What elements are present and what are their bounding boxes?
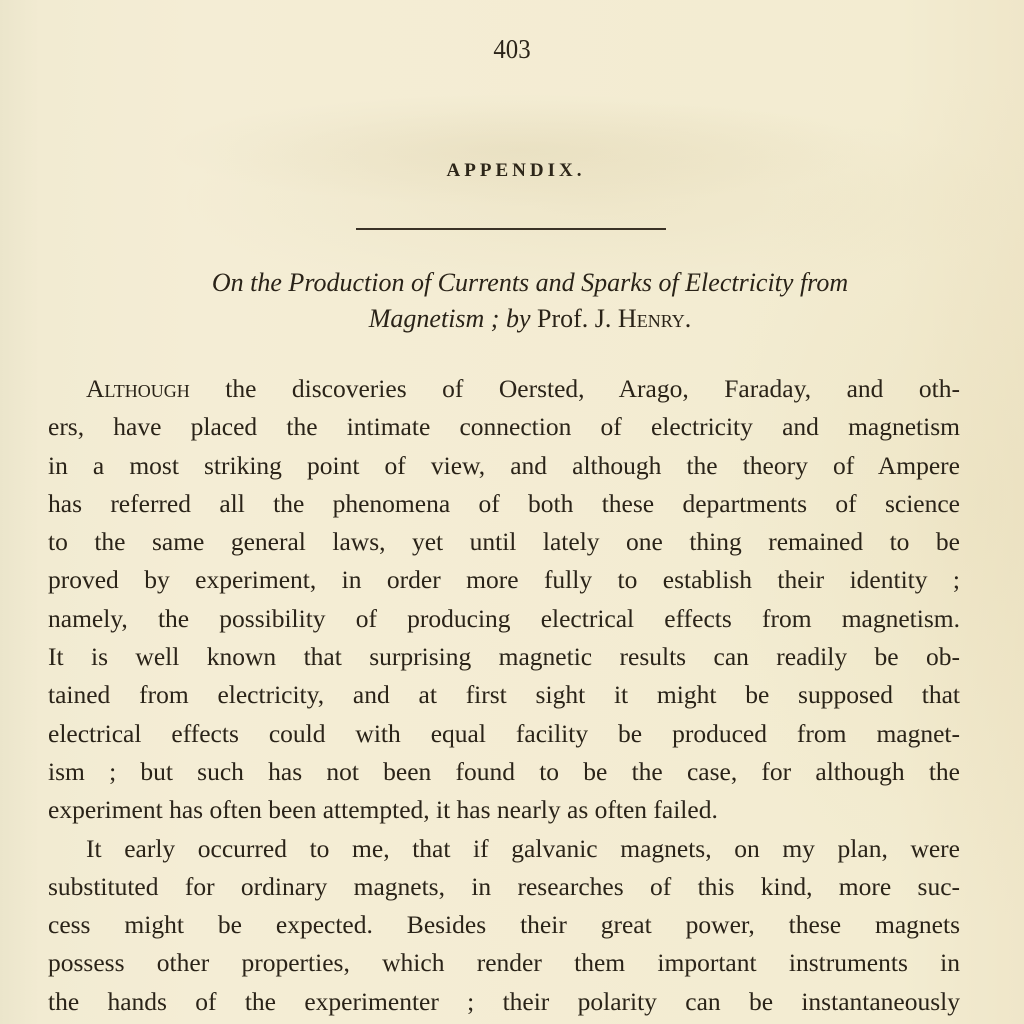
heading-divider (356, 228, 666, 230)
text-line: tained from electricity, and at first si… (48, 676, 960, 714)
article-title-line-2: Magnetism ; by Prof. J. Henry. (60, 301, 1000, 337)
text-line: the hands of the experimenter ; their po… (48, 983, 960, 1021)
text-line: namely, the possibility of producing ele… (48, 600, 960, 638)
text-line: in a most striking point of view, and al… (48, 447, 960, 485)
article-title-text: On the Production of Currents and Sparks… (212, 268, 848, 297)
text-line: cess might be expected. Besides their gr… (48, 906, 960, 944)
book-page: 403 APPENDIX. On the Production of Curre… (0, 0, 1024, 1024)
text-line: It early occurred to me, that if galvani… (48, 830, 960, 868)
body-text: Although the discoveries of Oersted, Ara… (48, 370, 960, 1021)
author-name: Henry. (618, 304, 691, 333)
text-line: electrical effects could with equal faci… (48, 715, 960, 753)
text-line: ers, have placed the intimate connection… (48, 408, 960, 446)
article-title: On the Production of Currents and Sparks… (60, 265, 1000, 337)
text-line: possess other properties, which render t… (48, 944, 960, 982)
page-number: 403 (41, 34, 983, 65)
lead-word: Although (86, 374, 190, 403)
text-line: to the same general laws, yet until late… (48, 523, 960, 561)
line-text: the discoveries of Oersted, Arago, Farad… (190, 374, 960, 403)
author-prefix: Prof. J. (537, 304, 611, 333)
article-title-line-1: On the Production of Currents and Sparks… (60, 265, 1000, 301)
text-line: substituted for ordinary magnets, in res… (48, 868, 960, 906)
text-line: It is well known that surprising magneti… (48, 638, 960, 676)
article-title-subject: Magnetism ; by (369, 304, 531, 333)
text-line: experiment has often been attempted, it … (48, 791, 960, 829)
text-line: ism ; but such has not been found to be … (48, 753, 960, 791)
text-line: has referred all the phenomena of both t… (48, 485, 960, 523)
text-line: proved by experiment, in order more full… (48, 561, 960, 599)
section-heading: APPENDIX. (4, 160, 1024, 182)
text-line: Although the discoveries of Oersted, Ara… (48, 370, 960, 408)
